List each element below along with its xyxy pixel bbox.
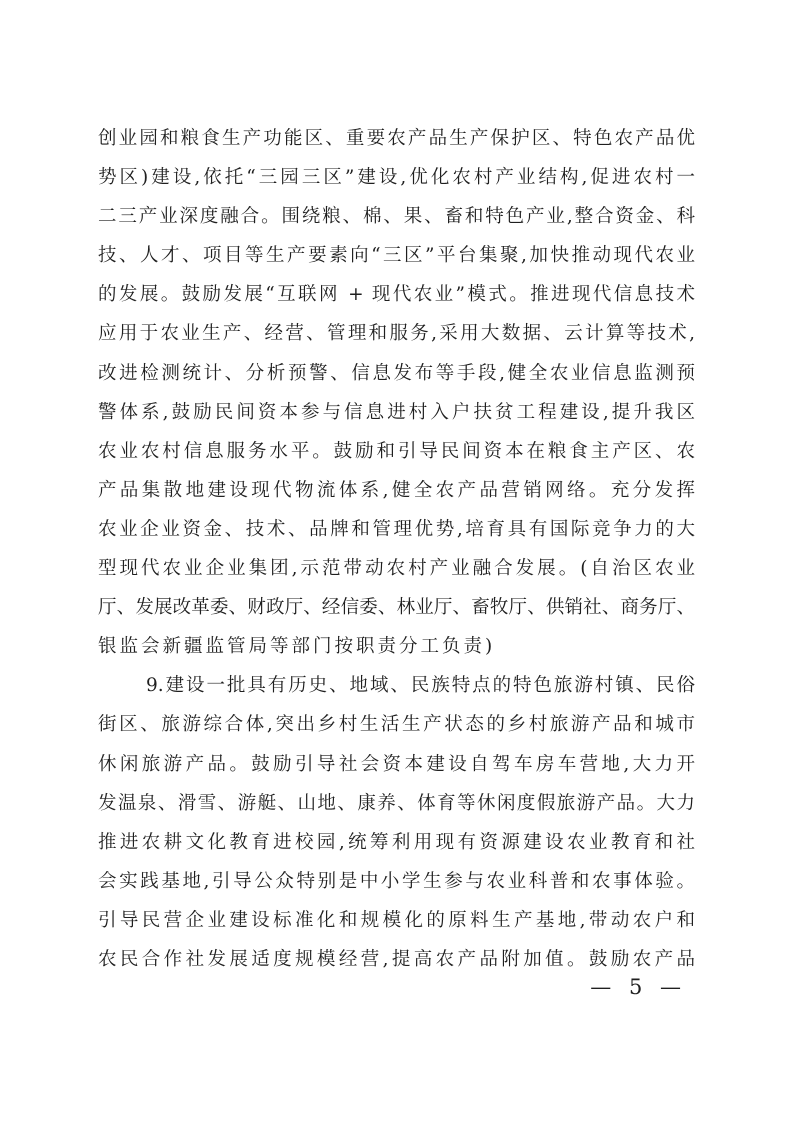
text-line: 引导民营企业建设标准化和规模化的原料生产基地,带动农户和 xyxy=(98,901,695,940)
text-line: 推进农耕文化教育进校园,统筹利用现有资源建设农业教育和社 xyxy=(98,823,695,862)
text-line: 厅、发展改革委、财政厅、经信委、林业厅、畜牧厅、供销社、商务厅、 xyxy=(98,588,695,627)
text-line: 发温泉、滑雪、游艇、山地、康养、体育等休闲度假旅游产品。大力 xyxy=(98,784,695,823)
text-line: 9.建设一批具有历史、地域、民族特点的特色旅游村镇、民俗 xyxy=(98,666,695,705)
text-line: 势区)建设,依托“三园三区”建设,优化农村产业结构,促进农村一 xyxy=(98,158,695,197)
text-line: 应用于农业生产、经营、管理和服务,采用大数据、云计算等技术, xyxy=(98,314,695,353)
text-line: 会实践基地,引导公众特别是中小学生参与农业科普和农事体验。 xyxy=(98,862,695,901)
text-line: 街区、旅游综合体,突出乡村生活生产状态的乡村旅游产品和城市 xyxy=(98,705,695,744)
text-line: 休闲旅游产品。鼓励引导社会资本建设自驾车房车营地,大力开 xyxy=(98,745,695,784)
text-line: 农业农村信息服务水平。鼓励和引导民间资本在粮食主产区、农 xyxy=(98,432,695,471)
text-line: 改进检测统计、分析预警、信息发布等手段,健全农业信息监测预 xyxy=(98,354,695,393)
text-line: 的发展。鼓励发展“互联网 + 现代农业”模式。推进现代信息技术 xyxy=(98,275,695,314)
text-line: 产品集散地建设现代物流体系,健全农产品营销网络。充分发挥 xyxy=(98,471,695,510)
text-line: 型现代农业企业集团,示范带动农村产业融合发展。(自治区农业 xyxy=(98,549,695,588)
text-line: 创业园和粮食生产功能区、重要农产品生产保护区、特色农产品优 xyxy=(98,119,695,158)
text-line: 二三产业深度融合。围绕粮、棉、果、畜和特色产业,整合资金、科 xyxy=(98,197,695,236)
text-line: 技、人才、项目等生产要素向“三区”平台集聚,加快推动现代农业 xyxy=(98,236,695,275)
text-line: 农业企业资金、技术、品牌和管理优势,培育具有国际竞争力的大 xyxy=(98,510,695,549)
text-line: 银监会新疆监管局等部门按职责分工负责) xyxy=(98,627,695,666)
text-line: 警体系,鼓励民间资本参与信息进村入户扶贫工程建设,提升我区 xyxy=(98,393,695,432)
document-page: 创业园和粮食生产功能区、重要农产品生产保护区、特色农产品优势区)建设,依托“三园… xyxy=(0,0,793,1122)
page-number: — 5 — xyxy=(590,972,682,1002)
body-text: 创业园和粮食生产功能区、重要农产品生产保护区、特色农产品优势区)建设,依托“三园… xyxy=(98,119,695,979)
